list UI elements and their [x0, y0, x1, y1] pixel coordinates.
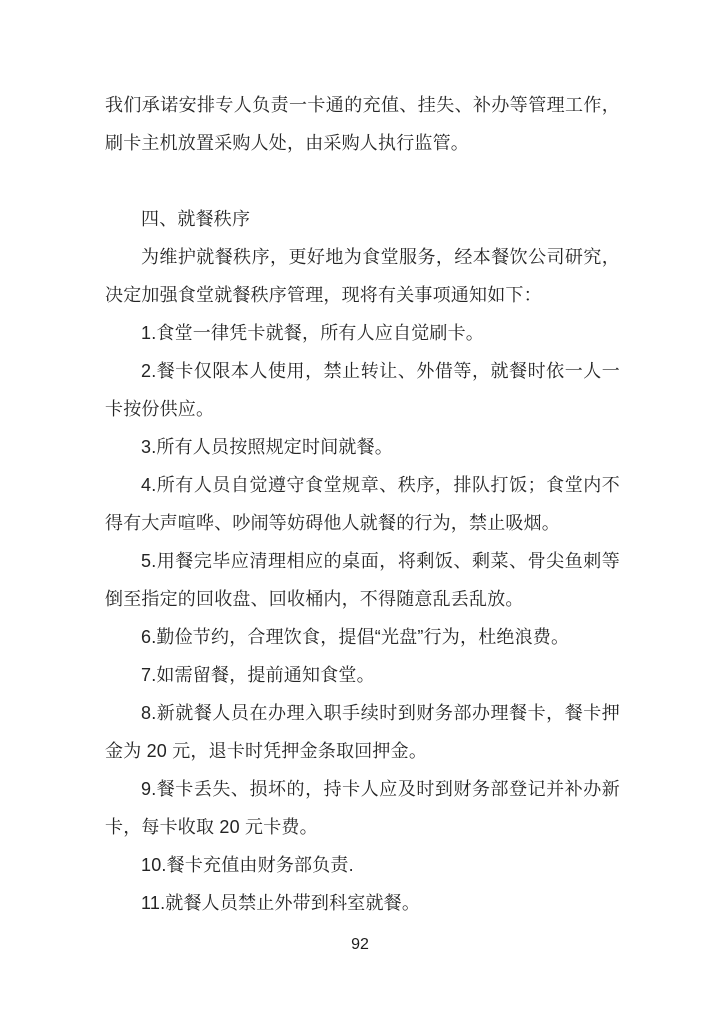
paragraph: 3.所有人员按照规定时间就餐。 — [105, 428, 620, 466]
paragraph: 8.新就餐人员在办理入职手续时到财务部办理餐卡，餐卡押金为 20 元，退卡时凭押… — [105, 694, 620, 770]
paragraph: 7.如需留餐，提前通知食堂。 — [105, 656, 620, 694]
paragraph: 我们承诺安排专人负责一卡通的充值、挂失、补办等管理工作，刷卡主机放置采购人处，由… — [105, 86, 620, 162]
paragraph: 6.勤俭节约，合理饮食，提倡“光盘”行为，杜绝浪费。 — [105, 618, 620, 656]
paragraph: 5.用餐完毕应清理相应的桌面，将剩饭、剩菜、骨尖鱼刺等倒至指定的回收盘、回收桶内… — [105, 542, 620, 618]
paragraph: 4.所有人员自觉遵守食堂规章、秩序，排队打饭；食堂内不得有大声喧哗、吵闹等妨碍他… — [105, 466, 620, 542]
page-number: 92 — [351, 926, 369, 964]
paragraph: 2.餐卡仅限本人使用，禁止转让、外借等，就餐时依一人一卡按份供应。 — [105, 352, 620, 428]
page-footer: 92 — [0, 926, 720, 964]
section-heading: 四、就餐秩序 — [105, 200, 620, 238]
paragraph: 10.餐卡充值由财务部负责. — [105, 846, 620, 884]
paragraph: 9.餐卡丢失、损坏的，持卡人应及时到财务部登记并补办新卡，每卡收取 20 元卡费… — [105, 770, 620, 846]
paragraph: 1.食堂一律凭卡就餐，所有人应自觉刷卡。 — [105, 314, 620, 352]
document-body: 我们承诺安排专人负责一卡通的充值、挂失、补办等管理工作，刷卡主机放置采购人处，由… — [105, 86, 620, 922]
paragraph: 11.就餐人员禁止外带到科室就餐。 — [105, 884, 620, 922]
document-page: 我们承诺安排专人负责一卡通的充值、挂失、补办等管理工作，刷卡主机放置采购人处，由… — [0, 0, 720, 1019]
paragraph: 为维护就餐秩序，更好地为食堂服务，经本餐饮公司研究，决定加强食堂就餐秩序管理，现… — [105, 238, 620, 314]
